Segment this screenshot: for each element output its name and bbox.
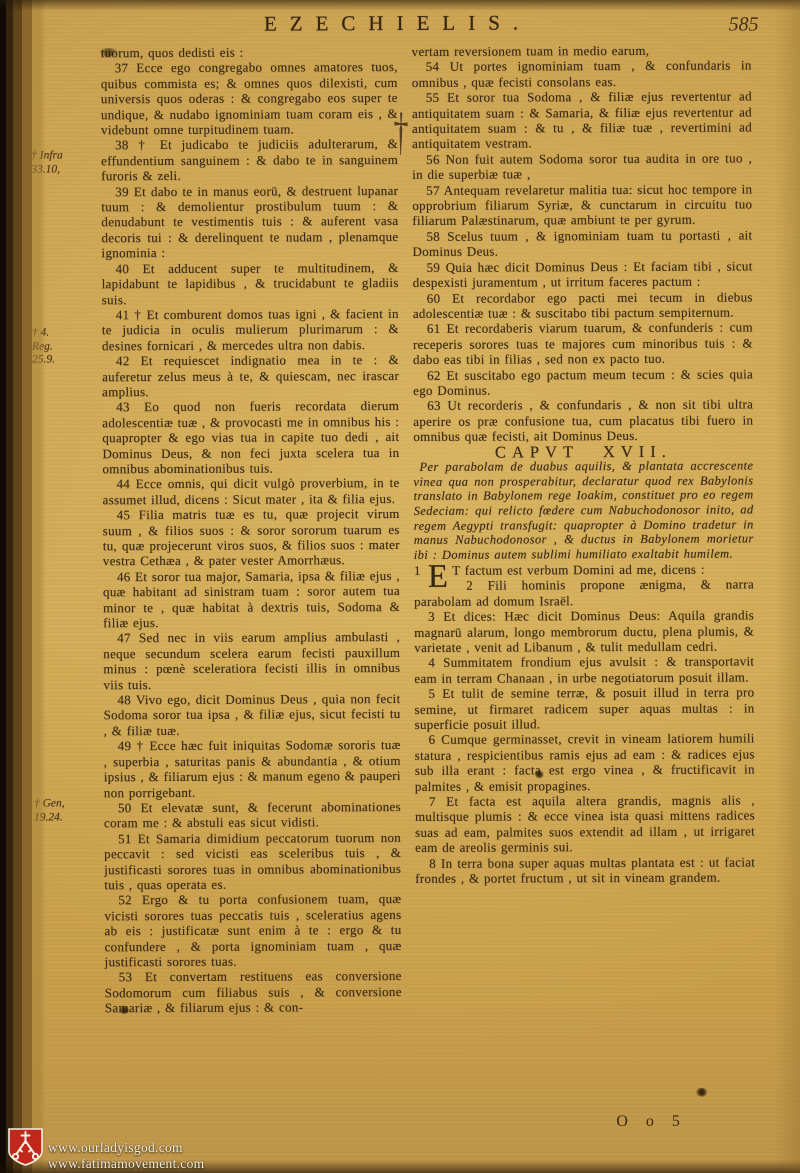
right-column: vertam reversionem tuam in medio earum, … [412, 42, 757, 1125]
page-content: EZECHIELIS. 585 tuorum, quos dedisti eis… [0, 0, 800, 1173]
verse-paragraph: 38 † Et judicabo te judiciis adulterarum… [101, 136, 398, 184]
continuation-line: vertam reversionem tuam in medio earum, [412, 42, 752, 59]
shield-crossed-keys-icon [7, 1127, 44, 1167]
drop-cap-letter: E [428, 564, 449, 591]
verse-paragraph: 52 Ergo & tu porta confusionem tuam, quæ… [104, 891, 401, 969]
book-spine-edge [0, 0, 46, 1173]
verse-paragraph: 41 † Et comburent domos tuas igni , & fa… [102, 306, 399, 354]
verse-paragraph: 43 Eo quod non fueris recordata dierum a… [102, 398, 399, 476]
page-top-edge [0, 0, 800, 11]
verse-paragraph: 59 Quia hæc dicit Dominus Deus : Et faci… [413, 258, 753, 290]
verse-paragraph: 55 Et soror tua Sodoma , & filiæ ejus re… [412, 89, 752, 152]
verse-paragraph: 58 Scelus tuum , & ignominiam tuam tu po… [412, 227, 752, 259]
page-right-shade [774, 0, 800, 1173]
verse-1-paragraph: 1 E T factum est verbum Domini ad me, di… [414, 561, 754, 578]
right-verse-list: 54 Ut portes ignominiam tuam , & confund… [412, 58, 754, 445]
verse-paragraph: 37 Ecce ego congregabo omnes amatores tu… [101, 59, 398, 137]
verse-paragraph: 51 Et Samaria dimidium peccatorum tuorum… [104, 830, 401, 893]
ink-blot [120, 1006, 129, 1014]
verse-paragraph: 48 Vivo ego, dicit Dominus Deus , quia n… [103, 691, 400, 739]
chapter-argument: Per parabolam de duabus aquilis, & plant… [413, 458, 753, 562]
left-column: tuorum, quos dedisti eis : 37 Ecce ego c… [101, 44, 403, 1127]
continuation-line: tuorum, quos dedisti eis : [101, 44, 398, 61]
verse-number: 1 [414, 563, 421, 578]
watermark-url-2: www.fatimamovement.com [48, 1156, 204, 1172]
left-verse-list: 37 Ecce ego congregabo omnes amatores tu… [101, 59, 402, 1015]
chapter17-verse-list: 2 Fili hominis propone ænigma, & narra p… [414, 577, 755, 887]
verse-paragraph: 6 Cumque germinasset, crevit in vineam l… [415, 731, 755, 794]
verse-text: T factum est verbum Domini ad me, dicens… [452, 562, 705, 578]
page-header-title: EZECHIELIS. [117, 10, 677, 37]
verse-paragraph: 49 † Ecce hæc fuit iniquitas Sodomæ soro… [104, 737, 401, 800]
ink-blot [535, 770, 544, 778]
verse-paragraph: 8 In terra bona super aquas multas plant… [415, 854, 755, 886]
ink-blot [100, 48, 118, 56]
watermark-url-1: www.ourladyisgod.com [48, 1140, 183, 1156]
verse-paragraph: 40 Et adducent super te multitudinem, & … [102, 260, 399, 308]
book-page-photo: EZECHIELIS. 585 tuorum, quos dedisti eis… [0, 0, 800, 1173]
dagger-mark-icon: † [393, 103, 409, 163]
verse-paragraph: 57 Antequam revelaretur malitia tua: sic… [412, 181, 752, 229]
verse-paragraph: 61 Et recordaberis viarum tuarum, & conf… [413, 320, 753, 368]
verse-paragraph: 62 Et suscitabo ego pactum meum tecum : … [413, 366, 753, 398]
page-number: 585 [729, 13, 759, 36]
chapter-heading: CAPVT XVII. [413, 443, 753, 460]
verse-paragraph: 3 Et dices: Hæc dicit Dominus Deus: Aqui… [414, 608, 754, 656]
verse-paragraph: 42 Et requiescet indignatio mea in te : … [102, 352, 399, 400]
verse-paragraph: 46 Et soror tua major, Samaria, ipsa & f… [103, 568, 400, 631]
verse-paragraph: 2 Fili hominis propone ænigma, & narra p… [414, 577, 754, 609]
signature-mark: O o 5 [616, 1113, 687, 1131]
verse-paragraph: 53 Et convertam restituens eas conversio… [105, 968, 402, 1016]
verse-paragraph: 50 Et elevatæ sunt, & fecerunt abominati… [104, 799, 401, 831]
verse-paragraph: 7 Et facta est aquila altera grandis, ma… [415, 792, 755, 855]
verse-paragraph: 60 Et recordabor ego pacti mei tecum in … [413, 289, 753, 321]
verse-paragraph: 63 Ut recorderis , & confundaris , & non… [413, 397, 753, 445]
verse-paragraph: 47 Sed nec in viis earum amplius ambulas… [103, 629, 400, 692]
ink-blot [696, 1088, 707, 1097]
verse-paragraph: 5 Et tulit de semine terræ, & posuit ill… [414, 685, 754, 733]
verse-paragraph: 44 Ecce omnis, qui dicit vulgò proverbiu… [103, 475, 400, 507]
verse-paragraph: 4 Summitatem frondium ejus avulsit : & t… [414, 654, 754, 686]
verse-paragraph: 56 Non fuit autem Sodoma soror tua audit… [412, 150, 752, 182]
verse-paragraph: 45 Filia matris tuæ es tu, quæ projecit … [103, 506, 400, 569]
verse-paragraph: 39 Et dabo te in manus eorū, & destruent… [101, 183, 398, 261]
verse-paragraph: 54 Ut portes ignominiam tuam , & confund… [412, 58, 752, 90]
